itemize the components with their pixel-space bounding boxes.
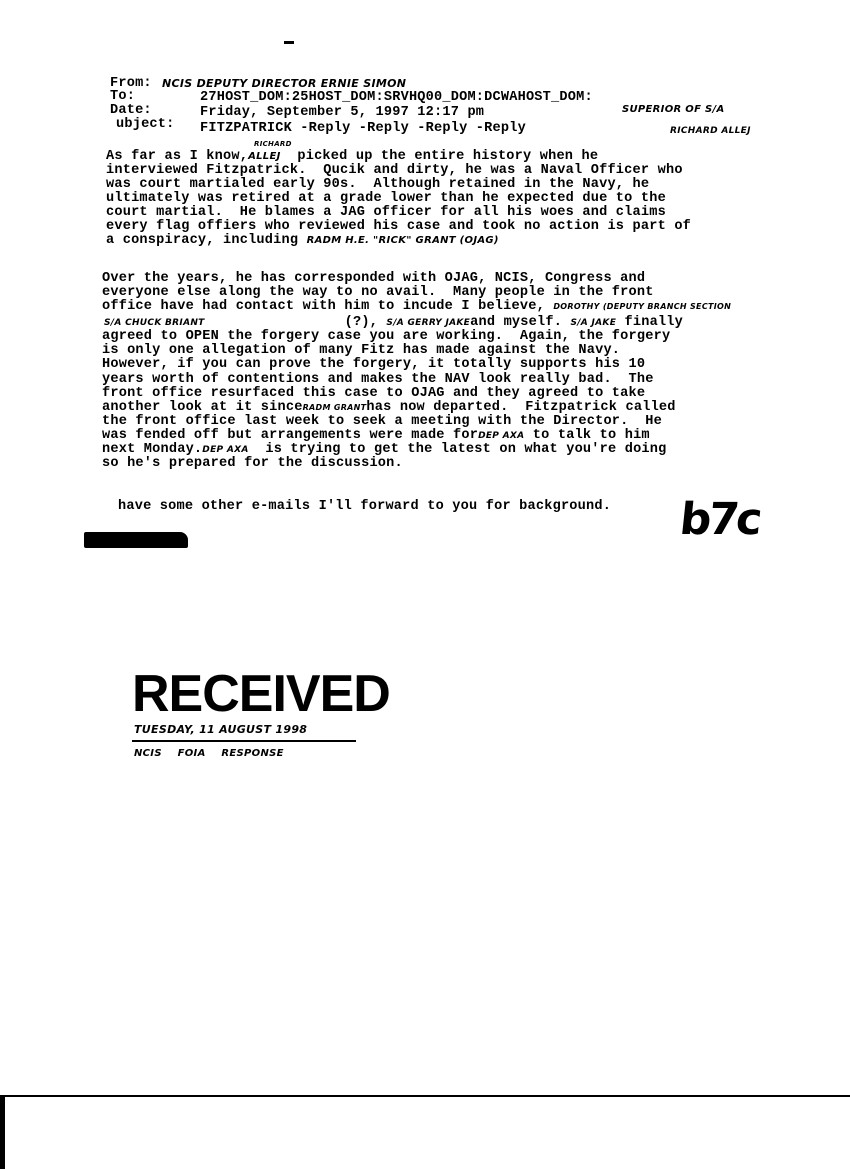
to-value: 27HOST_DOM:25HOST_DOM:SRVHQ00_DOM:DCWAHO… bbox=[200, 91, 593, 105]
body-line: every flag offiers who reviewed his case… bbox=[106, 220, 691, 234]
handwritten-name: S/A JAKE bbox=[570, 318, 616, 328]
body-line: years worth of contentions and makes the… bbox=[102, 373, 654, 387]
body-line: front office resurfaced this case to OJA… bbox=[102, 387, 645, 401]
document-page: From: NCIS DEPUTY DIRECTOR ERNIE SIMON T… bbox=[0, 0, 850, 1169]
date-value: Friday, September 5, 1997 12:17 pm bbox=[200, 106, 484, 120]
handwritten-name: S/A CHUCK BRIANT bbox=[104, 318, 205, 328]
closing-line: have some other e-mails I'll forward to … bbox=[118, 500, 611, 514]
body-line: is only one allegation of many Fitz has … bbox=[102, 344, 620, 358]
subject-label: ubject: bbox=[116, 118, 175, 132]
to-annotation-1: SUPERIOR OF S/A bbox=[622, 104, 725, 115]
annotation-richard: RICHARD bbox=[254, 140, 292, 148]
body-line: agreed to OPEN the forgery case you are … bbox=[102, 330, 670, 344]
body-line: court martial. He blames a JAG officer f… bbox=[106, 206, 666, 220]
body-line: a conspiracy, including RADM H.E. "RICK"… bbox=[106, 234, 499, 248]
body-line: However, if you can prove the forgery, i… bbox=[102, 358, 645, 372]
subject-value: FITZPATRICK -Reply -Reply -Reply -Reply bbox=[200, 122, 526, 136]
handwritten-name: DEP AXA bbox=[202, 445, 248, 455]
exemption-mark-b7c: b7c bbox=[677, 494, 762, 545]
handwritten-name: RADM GRANT bbox=[303, 403, 367, 412]
from-value-handwritten: NCIS DEPUTY DIRECTOR ERNIE SIMON bbox=[162, 77, 406, 90]
body-line: the front office last week to seek a mee… bbox=[102, 415, 662, 429]
scan-speck bbox=[284, 41, 294, 44]
handwritten-name: ALLEJ bbox=[248, 151, 281, 162]
stamp-dept: NCIS FOIA RESPONSE bbox=[134, 748, 284, 759]
date-label: Date: bbox=[110, 104, 152, 118]
handwritten-name: S/A GERRY JAKE bbox=[386, 318, 470, 328]
body-line: As far as I know,ALLEJ picked up the ent… bbox=[106, 150, 598, 164]
to-annotation-2: RICHARD ALLEJ bbox=[670, 126, 751, 136]
body-line: interviewed Fitzpatrick. Qucik and dirty… bbox=[106, 164, 683, 178]
redaction-block bbox=[84, 532, 188, 548]
body-line: ultimately was retired at a grade lower … bbox=[106, 192, 666, 206]
page-edge-bar bbox=[0, 1095, 5, 1169]
body-line: so he's prepared for the discussion. bbox=[102, 457, 403, 471]
stamp-date: TUESDAY, 11 AUGUST 1998 bbox=[134, 723, 307, 736]
to-label: To: bbox=[110, 90, 135, 104]
page-edge-rule bbox=[0, 1095, 850, 1097]
handwritten-name: DOROTHY (DEPUTY BRANCH SECTION bbox=[553, 302, 731, 311]
body-line: everyone else along the way to no avail.… bbox=[102, 286, 654, 300]
handwritten-name: RADM H.E. "RICK" GRANT (OJAG) bbox=[307, 235, 499, 246]
body-line: was court martialed early 90s. Although … bbox=[106, 178, 649, 192]
handwritten-name: DEP AXA bbox=[478, 431, 524, 441]
stamp-rule bbox=[132, 740, 356, 742]
body-line: another look at it sinceRADM GRANThas no… bbox=[102, 401, 676, 415]
stamp-title: RECEIVED bbox=[132, 668, 390, 720]
body-line: office have had contact with him to incu… bbox=[102, 300, 731, 314]
body-line: Over the years, he has corresponded with… bbox=[102, 272, 645, 286]
